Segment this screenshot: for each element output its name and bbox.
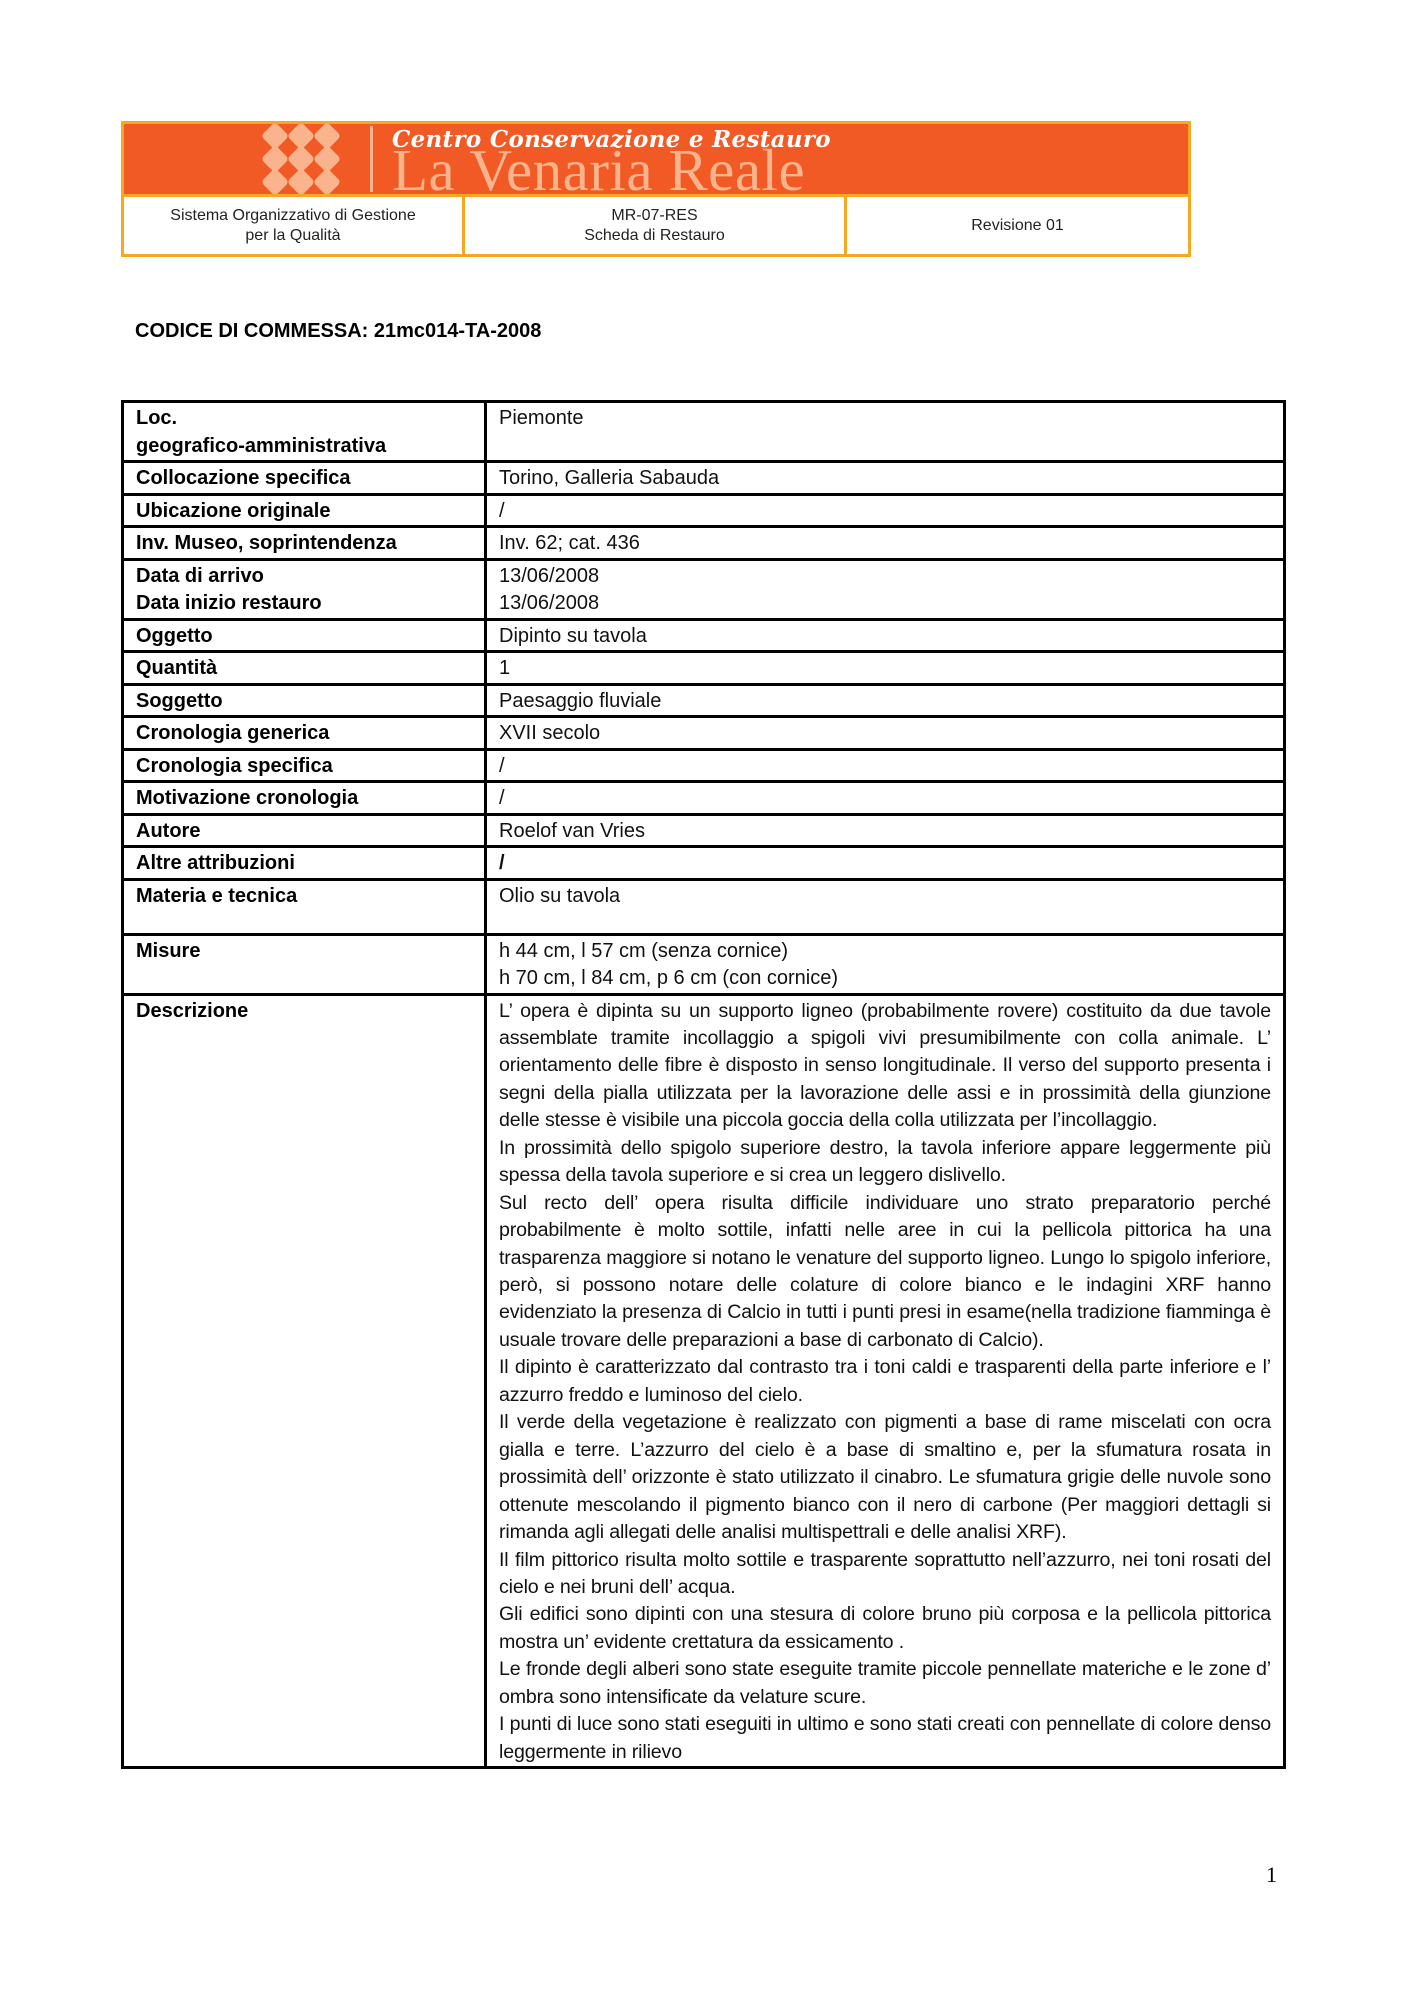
field-label: Soggetto — [124, 686, 487, 716]
header-info-row: Sistema Organizzativo di Gestione per la… — [124, 197, 1188, 254]
document-type: Scheda di Restauro — [584, 226, 725, 246]
table-row-cronologia-generica: Cronologia generica XVII secolo — [124, 715, 1283, 748]
table-row-dates: Data di arrivo Data inizio restauro 13/0… — [124, 558, 1283, 618]
field-value: XVII secolo — [487, 718, 1283, 748]
description-paragraph: Il film pittorico risulta molto sottile … — [499, 1547, 1271, 1602]
restoration-record-table: Loc. geografico-amministrativa Piemonte … — [121, 400, 1286, 1769]
field-label-line2: geografico-amministrativa — [136, 433, 484, 461]
field-value: Torino, Galleria Sabauda — [487, 463, 1283, 493]
quality-system-line2: per la Qualità — [170, 226, 415, 246]
field-value: Inv. 62; cat. 436 — [487, 528, 1283, 558]
field-value: / — [487, 783, 1283, 813]
revision-label: Revisione 01 — [971, 216, 1064, 236]
start-date-label: Data inizio restauro — [136, 590, 484, 618]
table-row-loc-geo: Loc. geografico-amministrativa Piemonte — [124, 403, 1283, 460]
field-label: Descrizione — [124, 996, 487, 1767]
description-paragraph: In prossimità dello spigolo superiore de… — [499, 1135, 1271, 1190]
field-label: Quantità — [124, 653, 487, 683]
field-label: Misure — [124, 936, 487, 993]
commission-code-value: 21mc014-TA-2008 — [374, 320, 542, 342]
field-label: Motivazione cronologia — [124, 783, 487, 813]
field-label: Materia e tecnica — [124, 881, 487, 933]
table-row-cronologia-specifica: Cronologia specifica / — [124, 748, 1283, 781]
logo-band: Centro Conservazione e Restauro La Venar… — [124, 124, 1188, 197]
field-label: Cronologia specifica — [124, 751, 487, 781]
field-value: 13/06/2008 13/06/2008 — [487, 561, 1283, 618]
field-label: Collocazione specifica — [124, 463, 487, 493]
description-paragraph: I punti di luce sono stati eseguiti in u… — [499, 1711, 1271, 1766]
description-paragraph: Gli edifici sono dipinti con una stesura… — [499, 1601, 1271, 1656]
field-value: / — [487, 848, 1283, 878]
table-row-descrizione: Descrizione L’ opera è dipinta su un sup… — [124, 993, 1283, 1767]
table-row-altre-attribuzioni: Altre attribuzioni / — [124, 845, 1283, 878]
logo-subtitle: La Venaria Reale — [392, 141, 805, 197]
field-label: Data di arrivo Data inizio restauro — [124, 561, 487, 618]
quality-system-cell: Sistema Organizzativo di Gestione per la… — [124, 197, 465, 254]
measure-with-frame: h 70 cm, l 84 cm, p 6 cm (con cornice) — [499, 965, 1271, 993]
description-paragraph: Il verde della vegetazione è realizzato … — [499, 1409, 1271, 1546]
field-value: 1 — [487, 653, 1283, 683]
commission-code-label: CODICE DI COMMESSA: — [135, 320, 368, 342]
document-code-cell: MR-07-RES Scheda di Restauro — [465, 197, 847, 254]
field-label: Oggetto — [124, 621, 487, 651]
arrival-date-value: 13/06/2008 — [499, 563, 1271, 591]
field-label: Cronologia generica — [124, 718, 487, 748]
field-label: Inv. Museo, soprintendenza — [124, 528, 487, 558]
field-label: Autore — [124, 816, 487, 846]
field-value: Olio su tavola — [487, 881, 1283, 933]
description-paragraph: Le fronde degli alberi sono state esegui… — [499, 1656, 1271, 1711]
page-number: 1 — [1266, 1862, 1277, 1888]
table-row-oggetto: Oggetto Dipinto su tavola — [124, 618, 1283, 651]
field-label: Loc. geografico-amministrativa — [124, 403, 487, 460]
field-value: / — [487, 496, 1283, 526]
diamond-grid-logo-icon — [259, 126, 343, 192]
table-row-inventario: Inv. Museo, soprintendenza Inv. 62; cat.… — [124, 525, 1283, 558]
description-paragraph: Sul recto dell’ opera risulta difficile … — [499, 1190, 1271, 1355]
quality-system-line1: Sistema Organizzativo di Gestione — [170, 206, 415, 226]
field-value: / — [487, 751, 1283, 781]
description-text: L’ opera è dipinta su un supporto ligneo… — [487, 996, 1283, 1767]
table-row-quantita: Quantità 1 — [124, 650, 1283, 683]
field-value: Dipinto su tavola — [487, 621, 1283, 651]
table-row-soggetto: Soggetto Paesaggio fluviale — [124, 683, 1283, 716]
logo-separator — [370, 126, 373, 192]
field-value: Paesaggio fluviale — [487, 686, 1283, 716]
table-row-motivazione: Motivazione cronologia / — [124, 780, 1283, 813]
field-label: Ubicazione originale — [124, 496, 487, 526]
field-label: Altre attribuzioni — [124, 848, 487, 878]
measure-without-frame: h 44 cm, l 57 cm (senza cornice) — [499, 938, 1271, 966]
field-value: Roelof van Vries — [487, 816, 1283, 846]
start-date-value: 13/06/2008 — [499, 590, 1271, 618]
commission-code-heading: CODICE DI COMMESSA: 21mc014-TA-2008 — [135, 320, 541, 343]
table-row-materia: Materia e tecnica Olio su tavola — [124, 878, 1283, 933]
description-paragraph: L’ opera è dipinta su un supporto ligneo… — [499, 998, 1271, 1135]
arrival-date-label: Data di arrivo — [136, 563, 484, 591]
document-header: Centro Conservazione e Restauro La Venar… — [121, 121, 1191, 257]
table-row-ubicazione: Ubicazione originale / — [124, 493, 1283, 526]
description-paragraph: Il dipinto è caratterizzato dal contrast… — [499, 1354, 1271, 1409]
field-value: h 44 cm, l 57 cm (senza cornice) h 70 cm… — [487, 936, 1283, 993]
table-row-autore: Autore Roelof van Vries — [124, 813, 1283, 846]
revision-cell: Revisione 01 — [847, 197, 1188, 254]
field-value: Piemonte — [487, 403, 1283, 460]
table-row-misure: Misure h 44 cm, l 57 cm (senza cornice) … — [124, 933, 1283, 993]
field-label-line1: Loc. — [136, 405, 484, 433]
table-row-collocazione: Collocazione specifica Torino, Galleria … — [124, 460, 1283, 493]
document-code: MR-07-RES — [584, 206, 725, 226]
